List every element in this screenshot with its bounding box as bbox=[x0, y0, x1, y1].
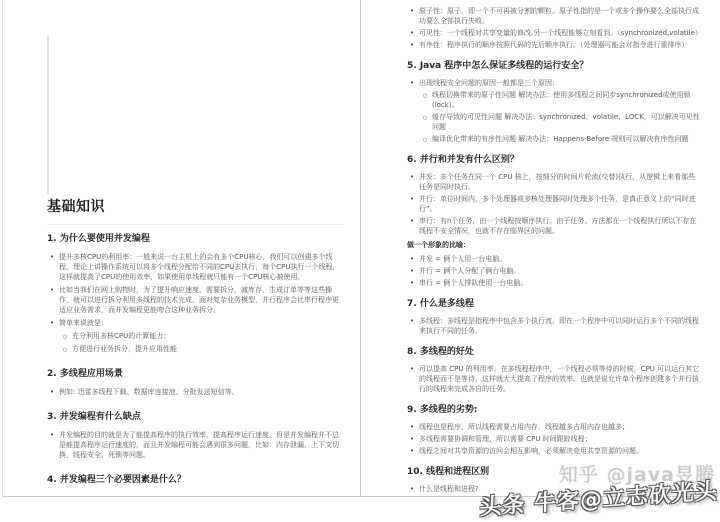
list-item: 缓存导致的可见性问题 解决办法：synchronized、volatile、LO… bbox=[407, 112, 701, 132]
list-item: 并发：多个任务在同一个 CPU 核上，按细分的时间片轮流(交替)执行，从逻辑上来… bbox=[407, 172, 701, 192]
list-item: 并行 = 俩个人分配了俩台电脑。 bbox=[407, 266, 701, 276]
page-right: 原子性：原子，即一个不可再被分割的颗粒。原子性指的是一个或多个操作要么全部执行成… bbox=[360, 0, 718, 496]
bullet-icon bbox=[410, 446, 414, 456]
list-item: 充分利用多核CPU的计算能力； bbox=[47, 331, 344, 341]
section-three-factors: 4. 并发编程三个必要因素是什么？ bbox=[47, 474, 344, 486]
bullet-icon bbox=[410, 172, 414, 182]
list-item: 提升多核CPU的利用率：一般来说一台主机上的会有多个CPU核心，我们可以创建多个… bbox=[47, 252, 344, 282]
section-multithreading-benefits: 8. 多线程的好处 可以提高 CPU 的利用率。在多线程程序中，一个线程必须等待… bbox=[407, 346, 701, 394]
list-item: 简单来说就是： bbox=[47, 318, 344, 328]
bullet-icon bbox=[410, 316, 414, 326]
list-item: 比如当我们在网上购物时，为了提升响应速度，需要拆分，减库存，生成订单等等这些操作… bbox=[47, 285, 344, 315]
page-right-content: 原子性：原子，即一个不可再被分割的颗粒。原子性指的是一个或多个操作要么全部执行成… bbox=[361, 0, 718, 496]
bullet-icon bbox=[410, 78, 414, 88]
section-heading: 4. 并发编程三个必要因素是什么？ bbox=[47, 474, 344, 486]
bullet-icon bbox=[50, 318, 54, 328]
list-item: 可见性：一个线程对共享变量的修改,另一个线程能够立刻看到。（synchroniz… bbox=[407, 28, 701, 38]
list-item: 方便进行业务拆分，提升应用性能 bbox=[47, 344, 344, 354]
bullet-icon bbox=[410, 28, 414, 38]
bullet-icon bbox=[410, 484, 414, 494]
list-item: 编译优化带来的有序性问题 解决办法：Happens-Before 规则可以解决有… bbox=[407, 134, 701, 144]
bullet-icon bbox=[410, 434, 414, 444]
section-what-is-multithreading: 7. 什么是多线程 多线程：多线程是指程序中包含多个执行流，即在一个程序中可以同… bbox=[407, 298, 701, 336]
list-item: 并行：单位时间内，多个处理器或多核处理器同时处理多个任务，是真正意义上的“同时进… bbox=[407, 194, 701, 214]
list-item: 原子性：原子，即一个不可再被分割的颗粒。原子性指的是一个或多个操作要么全部执行成… bbox=[407, 6, 701, 26]
bullet-icon bbox=[410, 40, 414, 50]
circle-bullet-icon bbox=[423, 134, 427, 145]
section-three-factors-answer: 原子性：原子，即一个不可再被分割的颗粒。原子性指的是一个或多个操作要么全部执行成… bbox=[407, 6, 701, 50]
bullet-icon bbox=[50, 285, 54, 295]
list-item: 多线程需要协调和管理，所以需要 CPU 时间跟踪线程； bbox=[407, 434, 701, 444]
section-concurrency-drawbacks: 3. 并发编程有什么缺点 并发编程的目的就是为了能提高程序的执行效率，提高程序运… bbox=[47, 411, 344, 460]
section-heading: 8. 多线程的好处 bbox=[407, 346, 701, 358]
list-item: 线程之间对共享资源的访问会相互影响，必须解决竞用共享资源的问题。 bbox=[407, 446, 701, 456]
bullet-icon bbox=[410, 278, 414, 288]
bullet-icon bbox=[410, 364, 414, 374]
section-heading: 3. 并发编程有什么缺点 bbox=[47, 411, 344, 423]
section-heading: 9. 多线程的劣势: bbox=[407, 404, 701, 416]
list-item: 线程切换带来的原子性问题 解决办法：使用多线程之间同步synchronized或… bbox=[407, 90, 701, 110]
list-item: 有序性：程序执行的顺序按照代码的先后顺序执行。（处理器可能会对指令进行重排序） bbox=[407, 40, 701, 50]
list-item: 多线程：多线程是指程序中包含多个执行流，即在一个程序中可以同时运行多个不同的线程… bbox=[407, 316, 701, 336]
list-item: 串行 = 俩个人排队使用一台电脑。 bbox=[407, 278, 701, 288]
bullet-icon bbox=[50, 252, 54, 262]
bullet-icon bbox=[410, 422, 414, 432]
bullet-icon bbox=[50, 387, 54, 397]
bullet-icon bbox=[410, 194, 414, 204]
page-left: 基础知识 1. 为什么要使用并发编程 提升多核CPU的利用率：一般来说一台主机上… bbox=[3, 0, 360, 496]
page-left-content: 基础知识 1. 为什么要使用并发编程 提升多核CPU的利用率：一般来说一台主机上… bbox=[3, 0, 360, 486]
quote-bar bbox=[47, 36, 49, 194]
circle-bullet-icon bbox=[423, 90, 427, 101]
analogy-lead-text: 做一个形象的比喻： bbox=[407, 240, 701, 250]
list-item: 可以提高 CPU 的利用率。在多线程程序中，一个线程必须等待的时候，CPU 可以… bbox=[407, 364, 701, 394]
circle-bullet-icon bbox=[63, 344, 67, 355]
circle-bullet-icon bbox=[423, 112, 427, 123]
section-heading: 1. 为什么要使用并发编程 bbox=[47, 233, 344, 245]
list-item: 出现线程安全问题的原因一般都是三个原因： bbox=[407, 78, 701, 88]
section-heading: 6. 并行和并发有什么区别？ bbox=[407, 154, 701, 166]
list-item: 并发 = 俩个人用一台电脑。 bbox=[407, 254, 701, 264]
list-item: 线程也是程序，所以线程需要占用内存，线程越多占用内存也越多； bbox=[407, 422, 701, 432]
section-parallel-vs-concurrent: 6. 并行和并发有什么区别？ 并发：多个任务在同一个 CPU 核上，按细分的时间… bbox=[407, 154, 701, 288]
section-thread-scenarios: 2. 多线程应用场景 例如: 迅雷多线程下载、数据库连接池、分批发送短信等。 bbox=[47, 368, 344, 397]
section-thread-safety: 5. Java 程序中怎么保证多线程的运行安全？ 出现线程安全问题的原因一般都是… bbox=[407, 60, 701, 144]
bullet-icon bbox=[50, 430, 54, 440]
section-multithreading-drawbacks: 9. 多线程的劣势: 线程也是程序，所以线程需要占用内存，线程越多占用内存也越多… bbox=[407, 404, 701, 456]
list-item: 例如: 迅雷多线程下载、数据库连接池、分批发送短信等。 bbox=[47, 387, 344, 397]
document-spread: 基础知识 1. 为什么要使用并发编程 提升多核CPU的利用率：一般来说一台主机上… bbox=[2, 0, 718, 497]
bullet-icon bbox=[410, 266, 414, 276]
list-item: 并发编程的目的就是为了能提高程序的执行效率，提高程序运行速度，但是并发编程并不总… bbox=[47, 430, 344, 460]
section-why-concurrency: 1. 为什么要使用并发编程 提升多核CPU的利用率：一般来说一台主机上的会有多个… bbox=[47, 233, 344, 354]
page-title: 基础知识 bbox=[47, 196, 344, 225]
bullet-icon bbox=[410, 254, 414, 264]
bullet-icon bbox=[410, 6, 414, 16]
list-item: 串行：有n个任务，由一个线程按顺序执行。由于任务、方法都在一个线程执行所以不存在… bbox=[407, 216, 701, 236]
section-heading: 2. 多线程应用场景 bbox=[47, 368, 344, 380]
section-heading: 7. 什么是多线程 bbox=[407, 298, 701, 310]
bullet-icon bbox=[410, 216, 414, 226]
circle-bullet-icon bbox=[63, 331, 67, 342]
section-heading: 5. Java 程序中怎么保证多线程的运行安全？ bbox=[407, 60, 701, 72]
